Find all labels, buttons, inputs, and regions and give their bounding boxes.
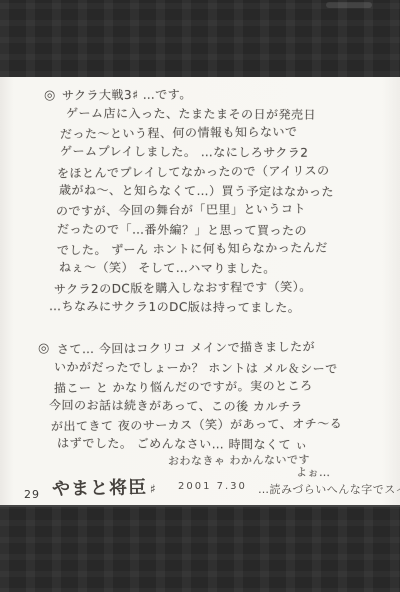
handwritten-line: 歳がね～、と知らなくて…）買う予定はなかった [59, 183, 334, 200]
small-note-line: おわなきゃ わかんないです [168, 452, 310, 468]
handwritten-line: だったので「…番外編？」と思って買ったの [57, 222, 307, 239]
section-bullet-icon: ◎ [44, 88, 55, 103]
small-note-line: よぉ… [296, 465, 331, 480]
handwritten-line: が出てきて 夜のサーカス（笑）があって、オチ～る [51, 416, 342, 434]
handwritten-line: 描こー と かなり悩んだのですが。実のところ [54, 379, 313, 397]
signature-mark: ♯ [150, 482, 156, 496]
page-number: 29 [24, 488, 40, 501]
handwritten-line: さて… 今回はコクリコ メインで描きましたが [57, 340, 315, 358]
handwritten-line: ゲーム店に入った、たまたまその日が発売日 [66, 106, 316, 123]
section-bullet-icon: ◎ [38, 341, 49, 356]
handwritten-line: ゲームプレイしました。 …なにしろサクラ2 [60, 144, 309, 161]
handwritten-line: 今回のお話は続きがあって、この後 カルチラ [49, 398, 303, 415]
bottom-border-bar [0, 505, 400, 592]
handwritten-line: はずでした。 ごめんなさい… 時間なくて ぃ [57, 436, 308, 453]
handwritten-line: ねぇ～（笑） そして…ハマりました。 [59, 260, 276, 277]
handwritten-line: をほとんでプレイしてなかったので（アイリスの [57, 164, 330, 182]
paper-page: ◎ サクラ大戦3♯ …です。 ゲーム店に入った、たまたまその日が発売日 だった～… [0, 77, 400, 505]
handwritten-line: サクラ大戦3♯ …です。 [62, 87, 192, 103]
handwritten-line: サクラ2のDC版を購入しなおす程です（笑）。 [54, 280, 312, 298]
author-signature: やまと将臣 [52, 473, 147, 501]
handwritten-line: のですが、今回の舞台が「巴里」というコト [56, 202, 306, 220]
scanned-afterword-page: { "colors": { "border_bar": "#2d2d2d", "… [0, 0, 400, 592]
handwritten-line: …ちなみにサクラ1のDC版は持ってました。 [49, 299, 300, 316]
signature-date: 2001 7.30 [178, 481, 247, 492]
handwritten-line: いかがだったでしょーか？ ホントは メル＆シーで [54, 360, 338, 377]
handwritten-line: でした。 ずーん ホントに何も知らなかったんだ [57, 241, 328, 259]
top-border-bar [0, 0, 400, 79]
handwritten-line: だった～という程、何の情報も知らないで [60, 125, 298, 142]
signature-note: …読みづらいへんな字でスイマセン… [258, 481, 400, 497]
